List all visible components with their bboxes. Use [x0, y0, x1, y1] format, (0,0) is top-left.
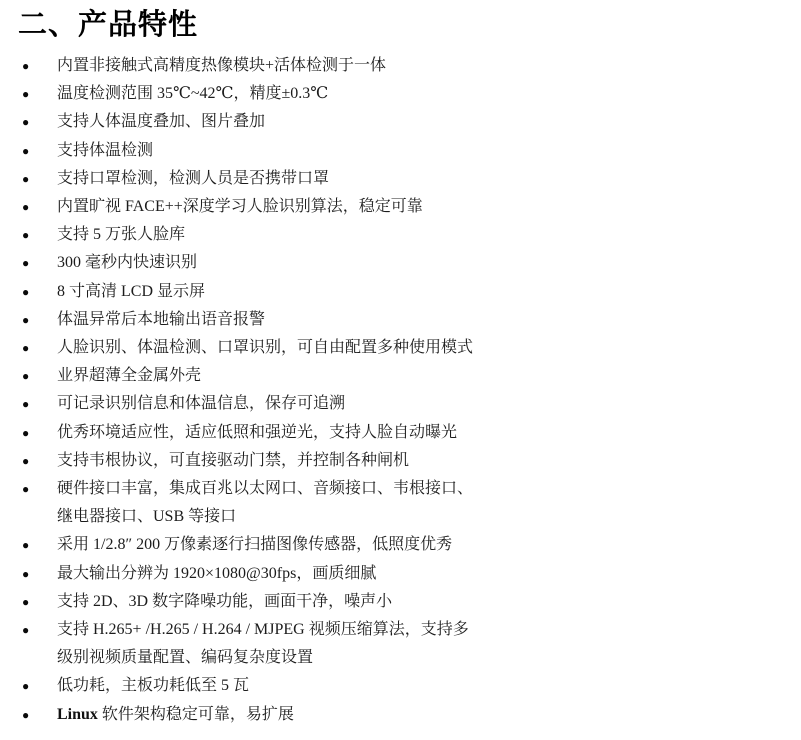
feature-text: 低功耗，主板功耗低至 5 瓦 — [57, 677, 249, 694]
feature-item: ●低功耗，主板功耗低至 5 瓦 — [22, 672, 762, 700]
feature-text: 支持 2D、3D 数字降噪功能，画面干净，噪声小 — [57, 593, 392, 610]
bullet-icon: ● — [22, 334, 29, 362]
feature-item: ●支持 H.265+ /H.265 / H.264 / MJPEG 视频压缩算法… — [22, 616, 762, 672]
feature-item: ●支持口罩检测，检测人员是否携带口罩 — [22, 165, 762, 193]
bullet-icon: ● — [22, 616, 29, 644]
feature-text: 采用 1/2.8″ 200 万像素逐行扫描图像传感器，低照度优秀 — [57, 536, 452, 553]
feature-item: ●Linux 软件架构稳定可靠，易扩展 — [22, 701, 762, 729]
bullet-icon: ● — [22, 560, 29, 588]
bullet-icon: ● — [22, 165, 29, 193]
bullet-icon: ● — [22, 531, 29, 559]
feature-item: ●300 毫秒内快速识别 — [22, 249, 762, 277]
feature-item: ●体温异常后本地输出语音报警 — [22, 306, 762, 334]
feature-text: 支持人体温度叠加、图片叠加 — [57, 113, 265, 130]
feature-item: ●温度检测范围 35℃~42℃，精度±0.3℃ — [22, 80, 762, 108]
bullet-icon: ● — [22, 419, 29, 447]
feature-item: ●人脸识别、体温检测、口罩识别，可自由配置多种使用模式 — [22, 334, 762, 362]
feature-item: ●支持人体温度叠加、图片叠加 — [22, 108, 762, 136]
feature-text: 业界超薄全金属外壳 — [57, 367, 201, 384]
feature-text: 软件架构稳定可靠，易扩展 — [98, 706, 294, 723]
feature-item: ●内置非接触式高精度热像模块+活体检测于一体 — [22, 52, 762, 80]
bullet-icon: ● — [22, 475, 29, 503]
bullet-icon: ● — [22, 588, 29, 616]
feature-text: 温度检测范围 35℃~42℃，精度±0.3℃ — [57, 85, 328, 102]
feature-text: 支持 5 万张人脸库 — [57, 226, 185, 243]
feature-item: ●业界超薄全金属外壳 — [22, 362, 762, 390]
page-title: 二、产品特性 — [18, 6, 801, 44]
feature-text: 8 寸高清 LCD 显示屏 — [57, 283, 205, 300]
feature-text: 可记录识别信息和体温信息，保存可追溯 — [57, 395, 345, 412]
feature-text: 支持体温检测 — [57, 142, 153, 159]
feature-text: 体温异常后本地输出语音报警 — [57, 311, 265, 328]
bullet-icon: ● — [22, 108, 29, 136]
feature-item: ●8 寸高清 LCD 显示屏 — [22, 278, 762, 306]
bullet-icon: ● — [22, 701, 29, 729]
feature-item: ●硬件接口丰富，集成百兆以太网口、音频接口、韦根接口、 继电器接口、USB 等接… — [22, 475, 762, 531]
feature-list: ●内置非接触式高精度热像模块+活体检测于一体●温度检测范围 35℃~42℃，精度… — [0, 52, 762, 729]
feature-text: 最大输出分辨为 1920×1080@30fps，画质细腻 — [57, 565, 376, 582]
bullet-icon: ● — [22, 80, 29, 108]
bullet-icon: ● — [22, 672, 29, 700]
feature-text: 优秀环境适应性，适应低照和强逆光，支持人脸自动曝光 — [57, 424, 457, 441]
bullet-icon: ● — [22, 278, 29, 306]
feature-item: ●支持 5 万张人脸库 — [22, 221, 762, 249]
feature-item: ●支持韦根协议，可直接驱动门禁，并控制各种闸机 — [22, 447, 762, 475]
bullet-icon: ● — [22, 221, 29, 249]
feature-item: ●支持 2D、3D 数字降噪功能，画面干净，噪声小 — [22, 588, 762, 616]
feature-text: 支持 H.265+ /H.265 / H.264 / MJPEG 视频压缩算法，… — [57, 621, 469, 666]
feature-text: 内置非接触式高精度热像模块+活体检测于一体 — [57, 57, 386, 74]
feature-item: ●内置旷视 FACE++深度学习人脸识别算法，稳定可靠 — [22, 193, 762, 221]
feature-item: ●优秀环境适应性，适应低照和强逆光，支持人脸自动曝光 — [22, 419, 762, 447]
bullet-icon: ● — [22, 306, 29, 334]
bullet-icon: ● — [22, 137, 29, 165]
feature-text: 人脸识别、体温检测、口罩识别，可自由配置多种使用模式 — [57, 339, 473, 356]
bullet-icon: ● — [22, 362, 29, 390]
feature-item: ●最大输出分辨为 1920×1080@30fps，画质细腻 — [22, 560, 762, 588]
feature-item: ●支持体温检测 — [22, 137, 762, 165]
bullet-icon: ● — [22, 249, 29, 277]
bullet-icon: ● — [22, 390, 29, 418]
feature-text: 支持韦根协议，可直接驱动门禁，并控制各种闸机 — [57, 452, 409, 469]
feature-bold-text: Linux — [57, 706, 98, 723]
bullet-icon: ● — [22, 193, 29, 221]
feature-item: ●可记录识别信息和体温信息，保存可追溯 — [22, 390, 762, 418]
feature-item: ●采用 1/2.8″ 200 万像素逐行扫描图像传感器，低照度优秀 — [22, 531, 762, 559]
bullet-icon: ● — [22, 52, 29, 80]
feature-text: 支持口罩检测，检测人员是否携带口罩 — [57, 170, 329, 187]
feature-text: 内置旷视 FACE++深度学习人脸识别算法，稳定可靠 — [57, 198, 423, 215]
feature-text: 硬件接口丰富，集成百兆以太网口、音频接口、韦根接口、 继电器接口、USB 等接口 — [57, 480, 473, 525]
feature-text: 300 毫秒内快速识别 — [57, 254, 197, 271]
bullet-icon: ● — [22, 447, 29, 475]
document-page: 二、产品特性 ●内置非接触式高精度热像模块+活体检测于一体●温度检测范围 35℃… — [0, 0, 801, 740]
